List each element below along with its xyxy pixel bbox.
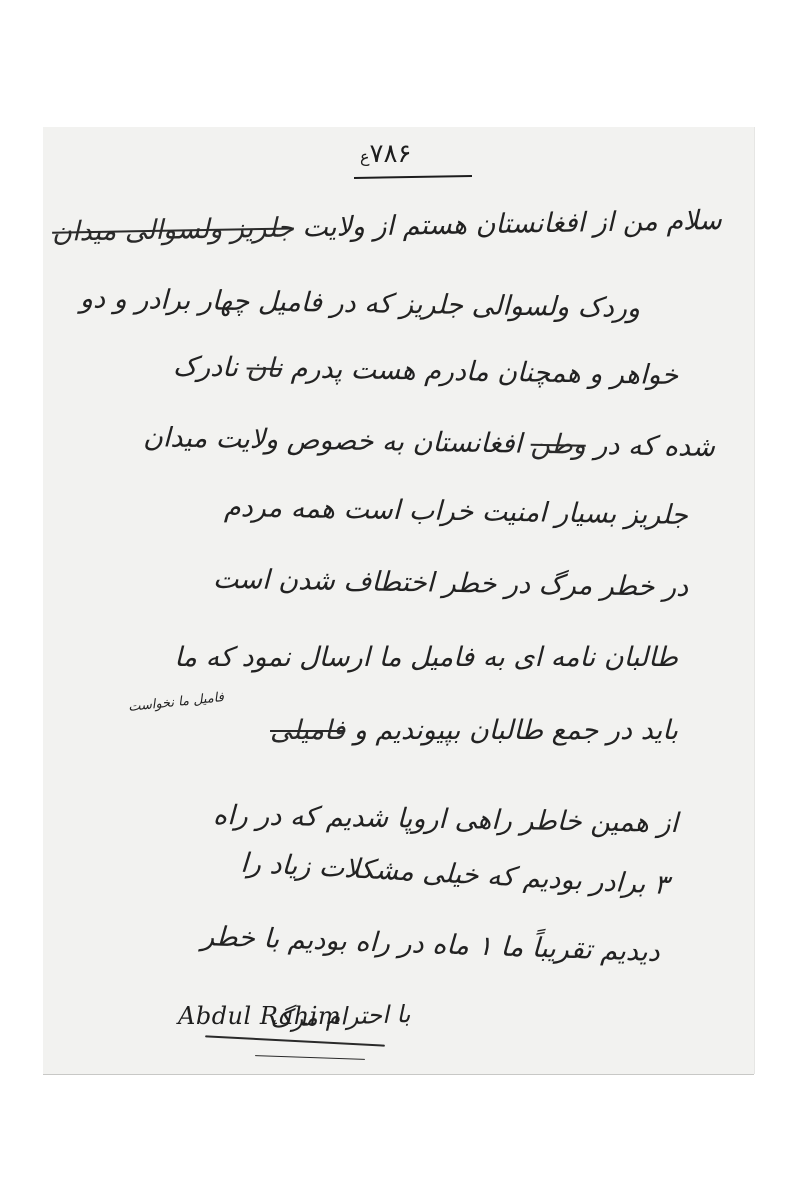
line-text-tail: نادرک xyxy=(173,351,238,383)
line-text-tail: افغانستان به خصوص ولایت میدان xyxy=(143,422,523,460)
line-text: طالبان نامه ای به فامیل ما ارسال نمود که… xyxy=(174,642,678,673)
page-number-suffix: ع xyxy=(360,147,370,166)
struck-text: وطن xyxy=(531,429,587,461)
line-text: شده که در xyxy=(594,430,715,463)
line-text: باید در جمع طالبان بپیوندیم و xyxy=(354,715,678,746)
page-number-digits: ۷۸۶ xyxy=(370,139,412,169)
struck-text: نان xyxy=(246,352,282,384)
struck-text: فامیلی xyxy=(270,715,345,746)
letter-line-7: طالبان نامه ای به فامیل ما ارسال نمود که… xyxy=(174,642,678,673)
page-number: ۷۸۶ع xyxy=(360,139,411,169)
signature: Abdul Rahim xyxy=(178,1002,341,1030)
letter-line-8: باید در جمع طالبان بپیوندیم و فامیلی xyxy=(270,715,678,746)
struck-text: جلریز ولسوالی میدان xyxy=(52,212,294,247)
